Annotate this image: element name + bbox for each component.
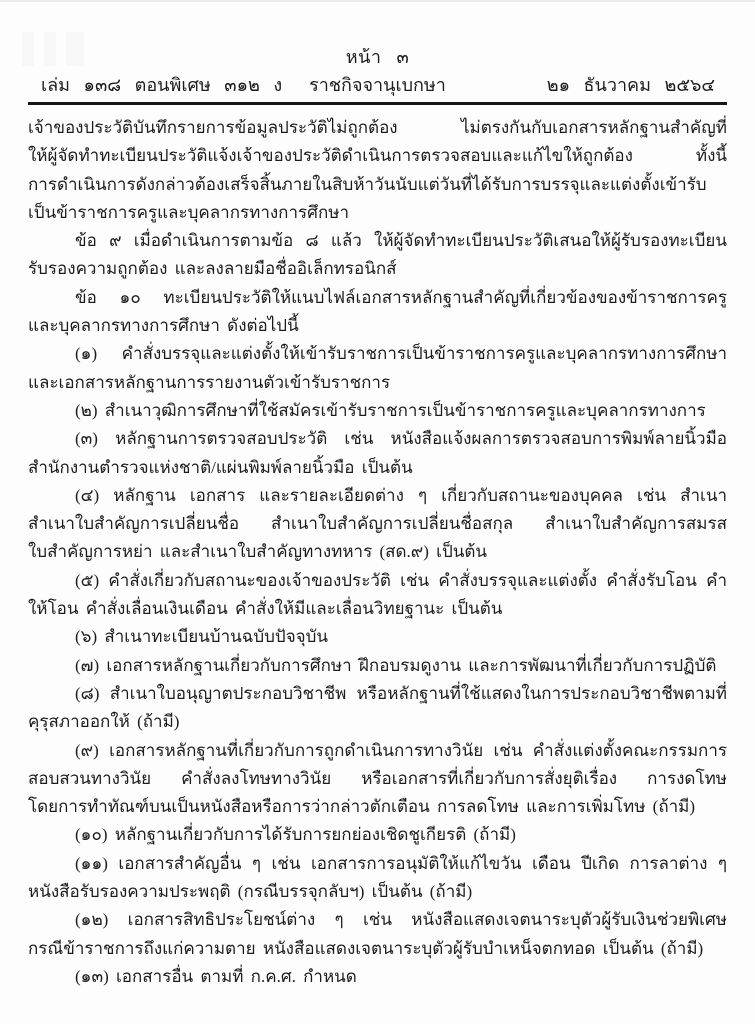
text-line: รับรองความถูกต้อง และลงลายมือชื่ออิเล็กท… [28,255,727,283]
document-body: เจ้าของประวัติบันทึกรายการข้อมูลประวัติไ… [28,114,727,991]
text-line: (๑) คำสั่งบรรจุและแต่งตั้งให้เข้ารับราชก… [28,340,727,368]
text-line: ให้ผู้จัดทำทะเบียนประวัติแจ้งเจ้าของประว… [28,142,727,170]
text-line: (๙) เอกสารหลักฐานที่เกี่ยวกับการถูกดำเนิ… [28,737,727,765]
text-line: และเอกสารหลักฐานการรายงานตัวเข้ารับราชกา… [28,369,727,397]
text-line: คุรุสภาออกให้ (ถ้ามี) [28,708,727,736]
text-line: (๑๑) เอกสารสำคัญอื่น ๆ เช่น เอกสารการอนุ… [28,850,727,878]
text-line: ข้อ ๑๐ ทะเบียนประวัติให้แนบไฟล์เอกสารหลั… [28,284,727,312]
text-line: ใบสำคัญการหย่า และสำเนาใบสำคัญทางทหาร (ส… [28,538,727,566]
header-divider [28,102,727,105]
text-line: ข้อ ๙ เมื่อดำเนินการตามข้อ ๘ แล้ว ให้ผู้… [28,227,727,255]
gazette-title: ราชกิจจานุเบกษา [309,72,446,98]
text-line: (๑๓) เอกสารอื่น ตามที่ ก.ค.ศ. กำหนด [28,963,727,991]
text-line: (๘) สำเนาใบอนุญาตประกอบวิชาชีพ หรือหลักฐ… [28,680,727,708]
header-row: เล่ม ๑๓๘ ตอนพิเศษ ๓๑๒ ง ราชกิจจานุเบกษา … [28,72,727,98]
text-line: กรณีข้าราชการถึงแก่ความตาย หนังสือแสดงเจ… [28,935,727,963]
text-line: (๖) สำเนาทะเบียนบ้านฉบับปัจจุบัน [28,623,727,651]
text-line: หนังสือรับรองความประพฤติ (กรณีบรรจุกลับฯ… [28,878,727,906]
text-line: โดยการทำทัณฑ์บนเป็นหนังสือหรือการว่ากล่า… [28,793,727,821]
gazette-header: หน้า ๓ เล่ม ๑๓๘ ตอนพิเศษ ๓๑๒ ง ราชกิจจาน… [28,44,727,105]
text-line: (๕) คำสั่งเกี่ยวกับสถานะของเจ้าของประวัต… [28,567,727,595]
text-line: (๔) หลักฐาน เอกสาร และรายละเอียดต่าง ๆ เ… [28,482,727,510]
gazette-page: หน้า ๓ เล่ม ๑๓๘ ตอนพิเศษ ๓๑๒ ง ราชกิจจาน… [0,0,755,1024]
text-line: และบุคลากรทางการศึกษา ดังต่อไปนี้ [28,312,727,340]
text-line: ให้โอน คำสั่งเลื่อนเงินเดือน คำสั่งให้มี… [28,595,727,623]
text-line: (๗) เอกสารหลักฐานเกี่ยวกับการศึกษา ฝึกอบ… [28,652,727,680]
text-line: สอบสวนทางวินัย คำสั่งลงโทษทางวินัย หรือเ… [28,765,727,793]
text-line: สำนักงานตำรวจแห่งชาติ/แผ่นพิมพ์ลายนิ้วมื… [28,454,727,482]
publication-date: ๒๑ ธันวาคม ๒๕๖๔ [547,72,727,98]
text-line: เจ้าของประวัติบันทึกรายการข้อมูลประวัติไ… [28,114,727,142]
text-line: การดำเนินการดังกล่าวต้องเสร็จสิ้นภายในสิ… [28,171,727,199]
text-line: (๒) สำเนาวุฒิการศึกษาที่ใช้สมัครเข้ารับร… [28,397,727,425]
text-line: (๑๒) เอกสารสิทธิประโยชน์ต่าง ๆ เช่น หนัง… [28,906,727,934]
page-number: หน้า ๓ [28,44,727,70]
text-line: สำเนาใบสำคัญการเปลี่ยนชื่อ สำเนาใบสำคัญก… [28,510,727,538]
text-line: (๑๐) หลักฐานเกี่ยวกับการได้รับการยกย่องเ… [28,821,727,849]
text-line: (๓) หลักฐานการตรวจสอบประวัติ เช่น หนังสื… [28,425,727,453]
volume-info: เล่ม ๑๓๘ ตอนพิเศษ ๓๑๒ ง [28,72,282,98]
text-line: เป็นข้าราชการครูและบุคลากรทางการศึกษา [28,199,727,227]
